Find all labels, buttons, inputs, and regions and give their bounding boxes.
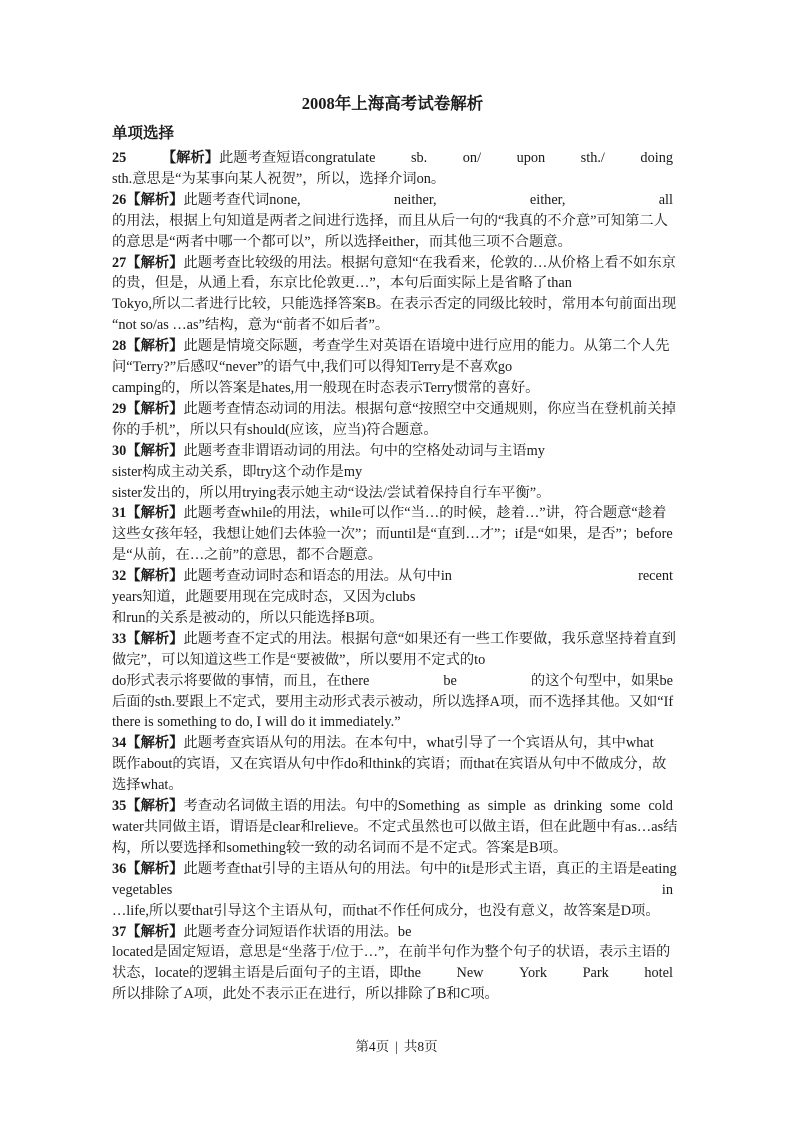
text-line: 问“Terry?”后感叹“never”的语气中,我们可以得知Terry是不喜欢g…: [112, 357, 673, 378]
item-text: as: [534, 796, 546, 817]
analysis-item-37: 37【解析】此题考查分词短语作状语的用法。belocated是固定短语，意思是“…: [112, 922, 673, 1006]
analysis-item-29: 29【解析】此题考查情态动词的用法。根据句意“按照空中交通规则，你应当在登机前关…: [112, 399, 673, 441]
item-text: as: [468, 796, 480, 817]
item-text: sb.: [411, 148, 427, 169]
item-text-with-marker: 26【解析】此题考查代词none,: [112, 190, 301, 211]
text-line: 31【解析】此题考查while的用法，while可以作“当…的时候，趁着…”讲，…: [112, 503, 673, 524]
item-text: cold: [648, 796, 673, 817]
text-line: 是“从前，在…之前”的意思，都不合题意。: [112, 545, 673, 566]
item-text: hotel: [644, 963, 673, 984]
analysis-items: 25【解析】此题考查短语congratulatesb.on/uponsth./d…: [112, 148, 673, 1005]
text-line: 37【解析】此题考查分词短语作状语的用法。be: [112, 922, 673, 943]
text-line: 36【解析】此题考查that引导的主语从句的用法。句中的it是形式主语，真正的主…: [112, 859, 673, 880]
text-line: 28【解析】此题是情境交际题，考查学生对英语在语境中进行应用的能力。从第二个人先: [112, 336, 673, 357]
text-line: water共同做主语，谓语是clear和relieve。不定式虽然也可以做主语，…: [112, 817, 673, 838]
text-line: 的意思是“两者中哪一个都可以”，所以选择either，而其他三项不合题意。: [112, 232, 673, 253]
text-line: years知道，此题要用现在完成时态，又因为clubs: [112, 587, 673, 608]
text-line: 后面的sth.要跟上不定式，要用主动形式表示被动，所以选择A项，而不选择其他。又…: [112, 692, 673, 713]
item-text-with-marker: 27【解析】此题考查比较级的用法。根据句意知“在我看来，伦敦的…从价格上看不如东…: [112, 255, 676, 271]
item-text: 做完”，可以知道这些工作是“要被做”，所以要用不定式的to: [112, 652, 485, 668]
item-text: “not so/as …as”结构，意为“前者不如后者”。: [112, 317, 389, 333]
text-line: 构，所以要选择和something较一致的动名词而不是不定式。答案是B项。: [112, 838, 673, 859]
item-text: on/: [463, 148, 481, 169]
item-text-with-marker: 25: [112, 148, 126, 169]
item-text: 这些女孩年轻，我想让她们去体验一次”；而until是“直到…才”；if是“如果，…: [112, 526, 673, 542]
text-line: 34【解析】此题考查宾语从句的用法。在本句中，what引导了一个宾语从句，其中w…: [112, 733, 673, 754]
text-line: camping的，所以答案是hates,用一般现在时态表示Terry惯常的喜好。: [112, 378, 673, 399]
item-text: …life,所以要that引导这个主语从句，而that不作任何成分，也没有意义，…: [112, 903, 660, 919]
item-text: do形式表示将要做的事情，而且，在there: [112, 671, 369, 692]
item-text: doing: [640, 148, 673, 169]
item-text: years知道，此题要用现在完成时态，又因为clubs: [112, 589, 415, 605]
item-number-marker: 28【解析】: [112, 338, 183, 354]
text-line: 状态，locate的逻辑主语是后面句子的主语，即theNewYorkParkho…: [112, 963, 673, 984]
text-line: 30【解析】此题考查非谓语动词的用法。句中的空格处动词与主语my: [112, 441, 673, 462]
text-line: 33【解析】此题考查不定式的用法。根据句意“如果还有一些工作要做，我乐意坚持着直…: [112, 629, 673, 650]
text-line: there is something to do, I will do it i…: [112, 712, 673, 733]
page-title: 2008年上海高考试卷解析: [112, 93, 673, 114]
item-text: New: [457, 963, 484, 984]
analysis-item-36: 36【解析】此题考查that引导的主语从句的用法。句中的it是形式主语，真正的主…: [112, 859, 673, 922]
page-footer: 第4页|共8页: [0, 1038, 793, 1056]
item-text: 状态，locate的逻辑主语是后面句子的主语，即the: [112, 963, 421, 984]
item-text: sister发出的，所以用trying表示她主动“设法/尝试着保持自行车平衡”。: [112, 485, 550, 501]
item-number-marker: 25: [112, 150, 126, 166]
footer-separator: |: [395, 1039, 398, 1054]
text-line: sister构成主动关系，即try这个动作是my: [112, 462, 673, 483]
item-text: 的这个句型中，如果be: [531, 671, 673, 692]
item-text: 后面的sth.要跟上不定式，要用主动形式表示被动，所以选择A项，而不选择其他。又…: [112, 694, 673, 710]
text-line: 26【解析】此题考查代词none,neither,either,all: [112, 190, 673, 211]
item-text: 选择what。: [112, 777, 183, 793]
item-text: sth./: [581, 148, 605, 169]
analysis-item-26: 26【解析】此题考查代词none,neither,either,all的用法，根…: [112, 190, 673, 253]
item-text: either,: [530, 190, 566, 211]
text-line: Tokyo,所以二者进行比较，只能选择答案B。在表示否定的同级比较时，常用本句前…: [112, 294, 673, 315]
item-text-with-marker: 33【解析】此题考查不定式的用法。根据句意“如果还有一些工作要做，我乐意坚持着直…: [112, 631, 676, 647]
analysis-item-32: 32【解析】此题考查动词时态和语态的用法。从句中inrecentyears知道，…: [112, 566, 673, 629]
item-text: water共同做主语，谓语是clear和relieve。不定式虽然也可以做主语，…: [112, 819, 677, 835]
item-text: recent: [638, 566, 673, 587]
item-text: upon: [517, 148, 546, 169]
item-text: Tokyo,所以二者进行比较，只能选择答案B。在表示否定的同级比较时，常用本句前…: [112, 296, 676, 312]
item-text: sister构成主动关系，即try这个动作是my: [112, 464, 362, 480]
item-number-marker: 36【解析】: [112, 861, 183, 877]
text-line: 你的手机”，所以只有should(应该，应当)符合题意。: [112, 420, 673, 441]
analysis-item-25: 25【解析】此题考查短语congratulatesb.on/uponsth./d…: [112, 148, 673, 190]
text-line: 这些女孩年轻，我想让她们去体验一次”；而until是“直到…才”；if是“如果，…: [112, 524, 673, 545]
item-text: sth.意思是“为某事向某人祝贺”，所以，选择介词on。: [112, 171, 445, 187]
section-heading: 单项选择: [112, 123, 673, 145]
analysis-item-30: 30【解析】此题考查非谓语动词的用法。句中的空格处动词与主语mysister构成…: [112, 441, 673, 504]
item-text: Park: [583, 963, 609, 984]
item-text: 和run的关系是被动的，所以只能选择B项。: [112, 610, 384, 626]
text-line: 35【解析】考查动名词做主语的用法。句中的Somethingassimpleas…: [112, 796, 673, 817]
item-text: 所以排除了A项，此处不表示正在进行，所以排除了B和C项。: [112, 986, 499, 1002]
analysis-item-27: 27【解析】此题考查比较级的用法。根据句意知“在我看来，伦敦的…从价格上看不如东…: [112, 253, 673, 337]
item-text: 既作about的宾语，又在宾语从句中作do和think的宾语；而that在宾语从…: [112, 756, 666, 772]
text-line: 所以排除了A项，此处不表示正在进行，所以排除了B和C项。: [112, 984, 673, 1005]
item-text-with-marker: 36【解析】此题考查that引导的主语从句的用法。句中的it是形式主语，真正的主…: [112, 861, 677, 877]
item-number-marker: 35【解析】: [112, 798, 183, 814]
item-text: there is something to do, I will do it i…: [112, 714, 401, 730]
document-page: 2008年上海高考试卷解析 单项选择 25【解析】此题考查短语congratul…: [0, 0, 793, 1122]
text-line: 的用法，根据上句知道是两者之间进行选择，而且从后一句的“我真的不介意”可知第二人: [112, 211, 673, 232]
footer-page-number: 第4页: [355, 1039, 389, 1054]
item-number-marker: 32【解析】: [112, 568, 183, 584]
page-content: 2008年上海高考试卷解析 单项选择 25【解析】此题考查短语congratul…: [112, 93, 673, 1005]
analysis-item-35: 35【解析】考查动名词做主语的用法。句中的Somethingassimpleas…: [112, 796, 673, 859]
item-text: 你的手机”，所以只有should(应该，应当)符合题意。: [112, 422, 438, 438]
item-text-with-marker: 28【解析】此题是情境交际题，考查学生对英语在语境中进行应用的能力。从第二个人先: [112, 338, 670, 354]
item-text: drinking: [554, 796, 602, 817]
item-text-with-marker: 30【解析】此题考查非谓语动词的用法。句中的空格处动词与主语my: [112, 443, 545, 459]
item-text-with-marker: 31【解析】此题考查while的用法，while可以作“当…的时候，趁着…”讲，…: [112, 505, 666, 521]
item-text: simple: [488, 796, 526, 817]
item-text: 构，所以要选择和something较一致的动名词而不是不定式。答案是B项。: [112, 840, 567, 856]
item-text: 是“从前，在…之前”的意思，都不合题意。: [112, 547, 382, 563]
item-text: be: [443, 671, 457, 692]
text-line: 选择what。: [112, 775, 673, 796]
text-line: 的贵，但是，从通上看，东京比伦敦更…”，本句后面实际上是省略了than: [112, 273, 673, 294]
text-line: vegetablesin: [112, 880, 673, 901]
item-text: 的贵，但是，从通上看，东京比伦敦更…”，本句后面实际上是省略了than: [112, 275, 572, 291]
item-text: York: [519, 963, 547, 984]
text-line: 做完”，可以知道这些工作是“要被做”，所以要用不定式的to: [112, 650, 673, 671]
text-line: 32【解析】此题考查动词时态和语态的用法。从句中inrecent: [112, 566, 673, 587]
item-text-with-marker: 29【解析】此题考查情态动词的用法。根据句意“按照空中交通规则，你应当在登机前关…: [112, 401, 676, 417]
item-text: camping的，所以答案是hates,用一般现在时态表示Terry惯常的喜好。: [112, 380, 539, 396]
item-number-marker: 33【解析】: [112, 631, 183, 647]
analysis-item-28: 28【解析】此题是情境交际题，考查学生对英语在语境中进行应用的能力。从第二个人先…: [112, 336, 673, 399]
item-number-marker: 31【解析】: [112, 505, 183, 521]
text-line: 29【解析】此题考查情态动词的用法。根据句意“按照空中交通规则，你应当在登机前关…: [112, 399, 673, 420]
text-line: 和run的关系是被动的，所以只能选择B项。: [112, 608, 673, 629]
item-text: located是固定短语，意思是“坐落于/位于…”，在前半句作为整个句子的状语，…: [112, 944, 670, 960]
item-text: vegetables: [112, 880, 172, 901]
item-text: 的用法，根据上句知道是两者之间进行选择，而且从后一句的“我真的不介意”可知第二人: [112, 213, 668, 229]
item-number-marker: 30【解析】: [112, 443, 183, 459]
item-text: in: [662, 880, 673, 901]
analysis-item-34: 34【解析】此题考查宾语从句的用法。在本句中，what引导了一个宾语从句，其中w…: [112, 733, 673, 796]
text-line: 25【解析】此题考查短语congratulatesb.on/uponsth./d…: [112, 148, 673, 169]
item-number-marker: 27【解析】: [112, 255, 183, 271]
text-line: …life,所以要that引导这个主语从句，而that不作任何成分，也没有意义，…: [112, 901, 673, 922]
item-text-with-marker: 35【解析】考查动名词做主语的用法。句中的Something: [112, 796, 460, 817]
text-line: sth.意思是“为某事向某人祝贺”，所以，选择介词on。: [112, 169, 673, 190]
footer-total-pages: 共8页: [404, 1039, 438, 1054]
item-number-marker: 34【解析】: [112, 735, 183, 751]
item-text-with-marker: 34【解析】此题考查宾语从句的用法。在本句中，what引导了一个宾语从句，其中w…: [112, 735, 654, 751]
item-text: 的意思是“两者中哪一个都可以”，所以选择either，而其他三项不合题意。: [112, 234, 572, 250]
text-line: located是固定短语，意思是“坐落于/位于…”，在前半句作为整个句子的状语，…: [112, 942, 673, 963]
item-text: all: [659, 190, 673, 211]
item-text: neither,: [394, 190, 437, 211]
item-number-marker: 【解析】: [162, 150, 219, 166]
item-text: some: [610, 796, 640, 817]
item-text: 问“Terry?”后感叹“never”的语气中,我们可以得知Terry是不喜欢g…: [112, 359, 512, 375]
item-number-marker: 26【解析】: [112, 192, 183, 208]
item-text-with-marker: 37【解析】此题考查分词短语作状语的用法。be: [112, 924, 411, 940]
text-line: 既作about的宾语，又在宾语从句中作do和think的宾语；而that在宾语从…: [112, 754, 673, 775]
item-text-with-marker: 【解析】此题考查短语congratulate: [162, 148, 376, 169]
item-number-marker: 37【解析】: [112, 924, 183, 940]
item-number-marker: 29【解析】: [112, 401, 183, 417]
text-line: “not so/as …as”结构，意为“前者不如后者”。: [112, 315, 673, 336]
text-line: 27【解析】此题考查比较级的用法。根据句意知“在我看来，伦敦的…从价格上看不如东…: [112, 253, 673, 274]
analysis-item-31: 31【解析】此题考查while的用法，while可以作“当…的时候，趁着…”讲，…: [112, 503, 673, 566]
item-text-with-marker: 32【解析】此题考查动词时态和语态的用法。从句中in: [112, 566, 452, 587]
text-line: do形式表示将要做的事情，而且，在therebe的这个句型中，如果be: [112, 671, 673, 692]
text-line: sister发出的，所以用trying表示她主动“设法/尝试着保持自行车平衡”。: [112, 483, 673, 504]
analysis-item-33: 33【解析】此题考查不定式的用法。根据句意“如果还有一些工作要做，我乐意坚持着直…: [112, 629, 673, 734]
